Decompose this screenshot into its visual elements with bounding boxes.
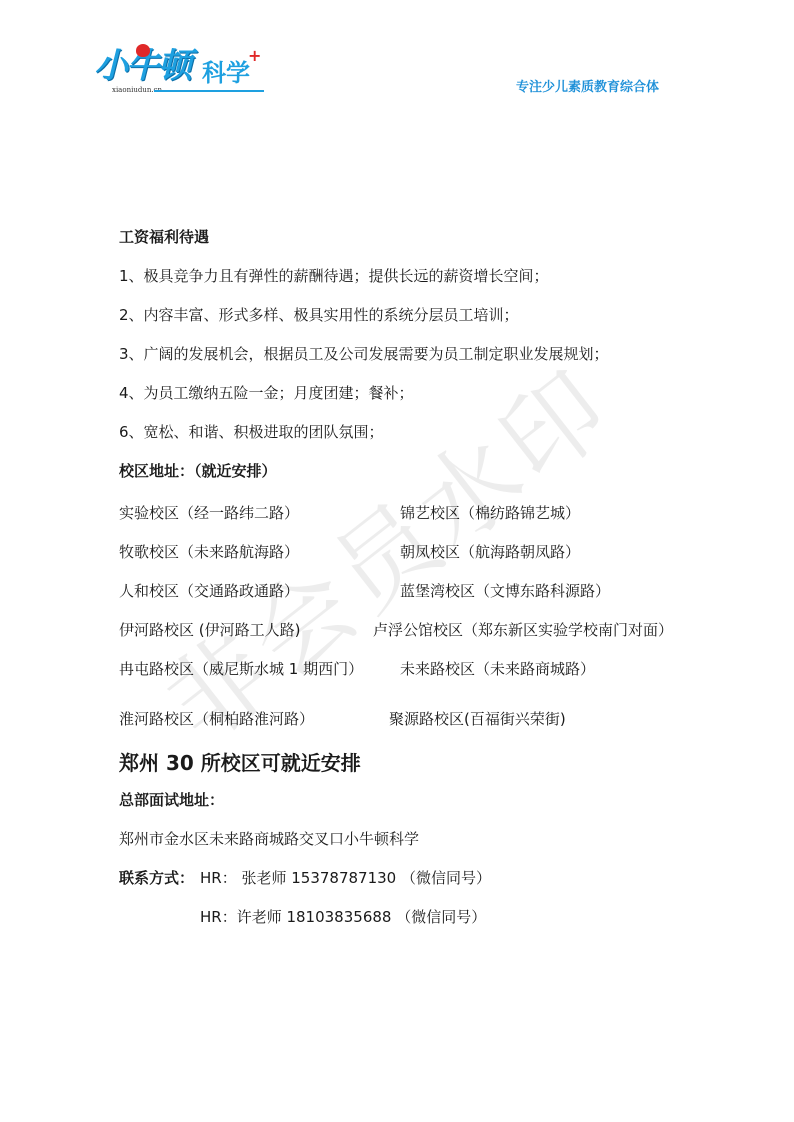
campus-left: 冉屯路校区（威尼斯水城 1 期西门） <box>119 659 363 679</box>
logo-underline <box>154 90 264 92</box>
interview-title: 总部面试地址： <box>119 790 224 810</box>
campus-right: 未来路校区（未来路商城路） <box>400 659 595 679</box>
campus-left: 伊河路校区 (伊河路工人路) <box>119 620 300 640</box>
contact-entry: HR：许老师 18103835688 （微信同号） <box>200 907 486 927</box>
benefit-item: 3、广阔的发展机会，根据员工及公司发展需要为员工制定职业发展规划； <box>119 344 609 364</box>
campus-left: 淮河路校区（桐柏路淮河路） <box>119 709 314 729</box>
campus-right: 聚源路校区(百福街兴荣街) <box>389 709 566 729</box>
campus-right: 卢浮公馆校区（郑东新区实验学校南门对面） <box>373 620 673 640</box>
benefit-item: 4、为员工缴纳五险一金；月度团建；餐补； <box>119 383 414 403</box>
plus-icon: + <box>248 48 261 64</box>
campus-right: 锦艺校区（棉纺路锦艺城） <box>400 503 580 523</box>
apple-icon <box>136 44 150 57</box>
logo-sub-text: 科学 <box>202 58 250 88</box>
benefit-item: 2、内容丰富、形式多样、极具实用性的系统分层员工培训； <box>119 305 519 325</box>
header-slogan: 专注少儿素质教育综合体 <box>516 79 659 97</box>
contact-entry: HR： 张老师 15378787130 （微信同号） <box>200 868 491 888</box>
campus-right: 朝凤校区（航海路朝凤路） <box>400 542 580 562</box>
campuses-title: 校区地址：（就近安排） <box>119 461 277 481</box>
campus-left: 人和校区（交通路政通路） <box>119 581 299 601</box>
document-page: 小牛顿 科学 + xiaoniudun.cn 专注少儿素质教育综合体 工资福利待… <box>0 0 794 1122</box>
campus-right: 蓝堡湾校区（文博东路科源路） <box>400 581 610 601</box>
campus-summary: 郑州 30 所校区可就近安排 <box>119 750 361 776</box>
campus-left: 牧歌校区（未来路航海路） <box>119 542 299 562</box>
interview-address: 郑州市金水区未来路商城路交叉口小牛顿科学 <box>119 829 419 849</box>
benefits-title: 工资福利待遇 <box>119 227 209 247</box>
benefit-item: 1、极具竞争力且有弹性的薪酬待遇；提供长远的薪资增长空间； <box>119 266 549 286</box>
brand-logo: 小牛顿 科学 + xiaoniudun.cn <box>92 40 267 96</box>
contact-label: 联系方式： <box>119 868 194 888</box>
campus-left: 实验校区（经一路纬二路） <box>119 503 299 523</box>
benefit-item: 6、宽松、和谐、积极进取的团队氛围； <box>119 422 384 442</box>
